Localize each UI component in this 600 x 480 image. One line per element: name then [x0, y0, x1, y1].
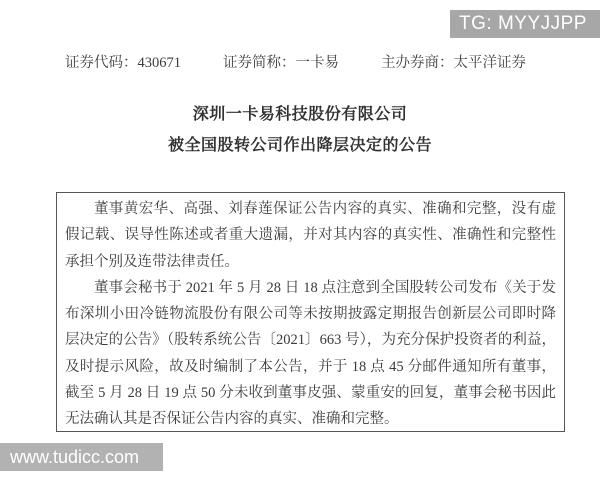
title-line-2: 被全国股转公司作出降层决定的公告 [0, 130, 600, 161]
tg-watermark-badge: TG: MYYJJPP [450, 10, 600, 38]
securities-short-name: 证券简称：一卡易 [223, 51, 339, 72]
sponsor-broker: 主办券商：太平洋证券 [381, 51, 526, 72]
securities-code: 证券代码：430671 [65, 51, 181, 72]
announcement-page: TG: MYYJJPP 证券代码：430671 证券简称：一卡易 主办券商：太平… [0, 0, 600, 480]
announcement-title: 深圳一卡易科技股份有限公司 被全国股转公司作出降层决定的公告 [0, 99, 600, 161]
statement-paragraph-2: 董事会秘书于 2021 年 5 月 28 日 18 点注意到全国股转公司发布《关… [65, 275, 556, 432]
statement-box: 董事黄宏华、高强、刘春莲保证公告内容的真实、准确和完整，没有虚假记载、误导性陈述… [56, 192, 565, 432]
statement-paragraph-1: 董事黄宏华、高强、刘春莲保证公告内容的真实、准确和完整，没有虚假记载、误导性陈述… [65, 196, 556, 275]
site-watermark: www.tudicc.com [0, 443, 163, 471]
securities-header-row: 证券代码：430671 证券简称：一卡易 主办券商：太平洋证券 [65, 51, 526, 72]
title-line-1: 深圳一卡易科技股份有限公司 [0, 99, 600, 130]
